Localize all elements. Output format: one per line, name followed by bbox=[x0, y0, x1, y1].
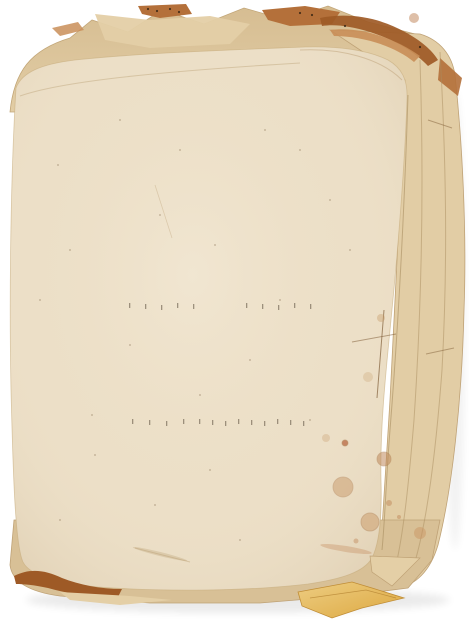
stain-spot bbox=[333, 477, 353, 497]
paper-speck bbox=[309, 419, 311, 421]
show-through-mark bbox=[310, 304, 311, 309]
print-speck bbox=[156, 10, 158, 12]
show-through-mark bbox=[225, 421, 226, 426]
show-through-mark bbox=[278, 305, 279, 310]
show-through-mark bbox=[177, 303, 178, 308]
show-through-mark bbox=[251, 420, 252, 425]
paper-speck bbox=[69, 249, 71, 251]
show-through-mark bbox=[303, 421, 304, 426]
paper-speck bbox=[159, 214, 161, 216]
paper-speck bbox=[94, 454, 96, 456]
paper-speck bbox=[239, 539, 241, 541]
paper-speck bbox=[179, 149, 181, 151]
paper-speck bbox=[199, 394, 201, 396]
paper-speck bbox=[349, 249, 351, 251]
show-through-mark bbox=[212, 420, 213, 425]
paper-speck bbox=[249, 359, 251, 361]
paper-speck bbox=[39, 299, 41, 301]
stain-spot bbox=[414, 527, 426, 539]
paper-speck bbox=[299, 149, 301, 151]
paper-speck bbox=[91, 414, 93, 416]
show-through-mark bbox=[129, 303, 130, 308]
stain-spot bbox=[377, 314, 385, 322]
top-page bbox=[10, 47, 407, 590]
show-through-mark bbox=[149, 420, 150, 425]
stain-spot bbox=[386, 500, 392, 506]
photo-of-paper-stack bbox=[0, 0, 474, 625]
top-page-vignette bbox=[10, 47, 407, 590]
stain-spot bbox=[377, 452, 391, 466]
show-through-mark bbox=[264, 421, 265, 426]
print-speck bbox=[169, 8, 171, 10]
show-through-mark bbox=[145, 304, 146, 309]
show-through-mark bbox=[193, 304, 194, 309]
show-through-mark bbox=[166, 421, 167, 426]
show-through-mark bbox=[132, 419, 133, 424]
paper-speck bbox=[209, 469, 211, 471]
stain-spot bbox=[322, 434, 330, 442]
paper-speck bbox=[154, 504, 156, 506]
stain-spot bbox=[397, 515, 401, 519]
print-speck bbox=[147, 8, 149, 10]
stain-spot bbox=[409, 13, 419, 23]
paper-speck bbox=[129, 344, 131, 346]
show-through-mark bbox=[199, 419, 200, 424]
show-through-mark bbox=[246, 303, 247, 308]
print-speck bbox=[299, 12, 301, 14]
show-through-mark bbox=[290, 420, 291, 425]
stain-spot bbox=[342, 440, 348, 446]
show-through-mark bbox=[161, 305, 162, 310]
stain-spot bbox=[361, 513, 379, 531]
show-through-mark bbox=[277, 419, 278, 424]
paper-speck bbox=[119, 119, 121, 121]
paper-speck bbox=[57, 164, 59, 166]
paper-speck bbox=[214, 244, 216, 246]
show-through-mark bbox=[183, 419, 184, 424]
paper-speck bbox=[279, 299, 281, 301]
show-through-mark bbox=[262, 304, 263, 309]
show-through-mark bbox=[294, 303, 295, 308]
torn-red-fragment-a bbox=[138, 4, 192, 18]
paper-speck bbox=[59, 519, 61, 521]
print-speck bbox=[344, 25, 346, 27]
show-through-mark bbox=[238, 419, 239, 424]
print-speck bbox=[178, 11, 180, 13]
stain-spot bbox=[354, 539, 359, 544]
stain-spot bbox=[363, 372, 373, 382]
print-speck bbox=[419, 46, 421, 48]
paper-stack-illustration bbox=[0, 0, 474, 625]
print-speck bbox=[311, 14, 313, 16]
paper-speck bbox=[264, 129, 266, 131]
paper-speck bbox=[329, 199, 331, 201]
